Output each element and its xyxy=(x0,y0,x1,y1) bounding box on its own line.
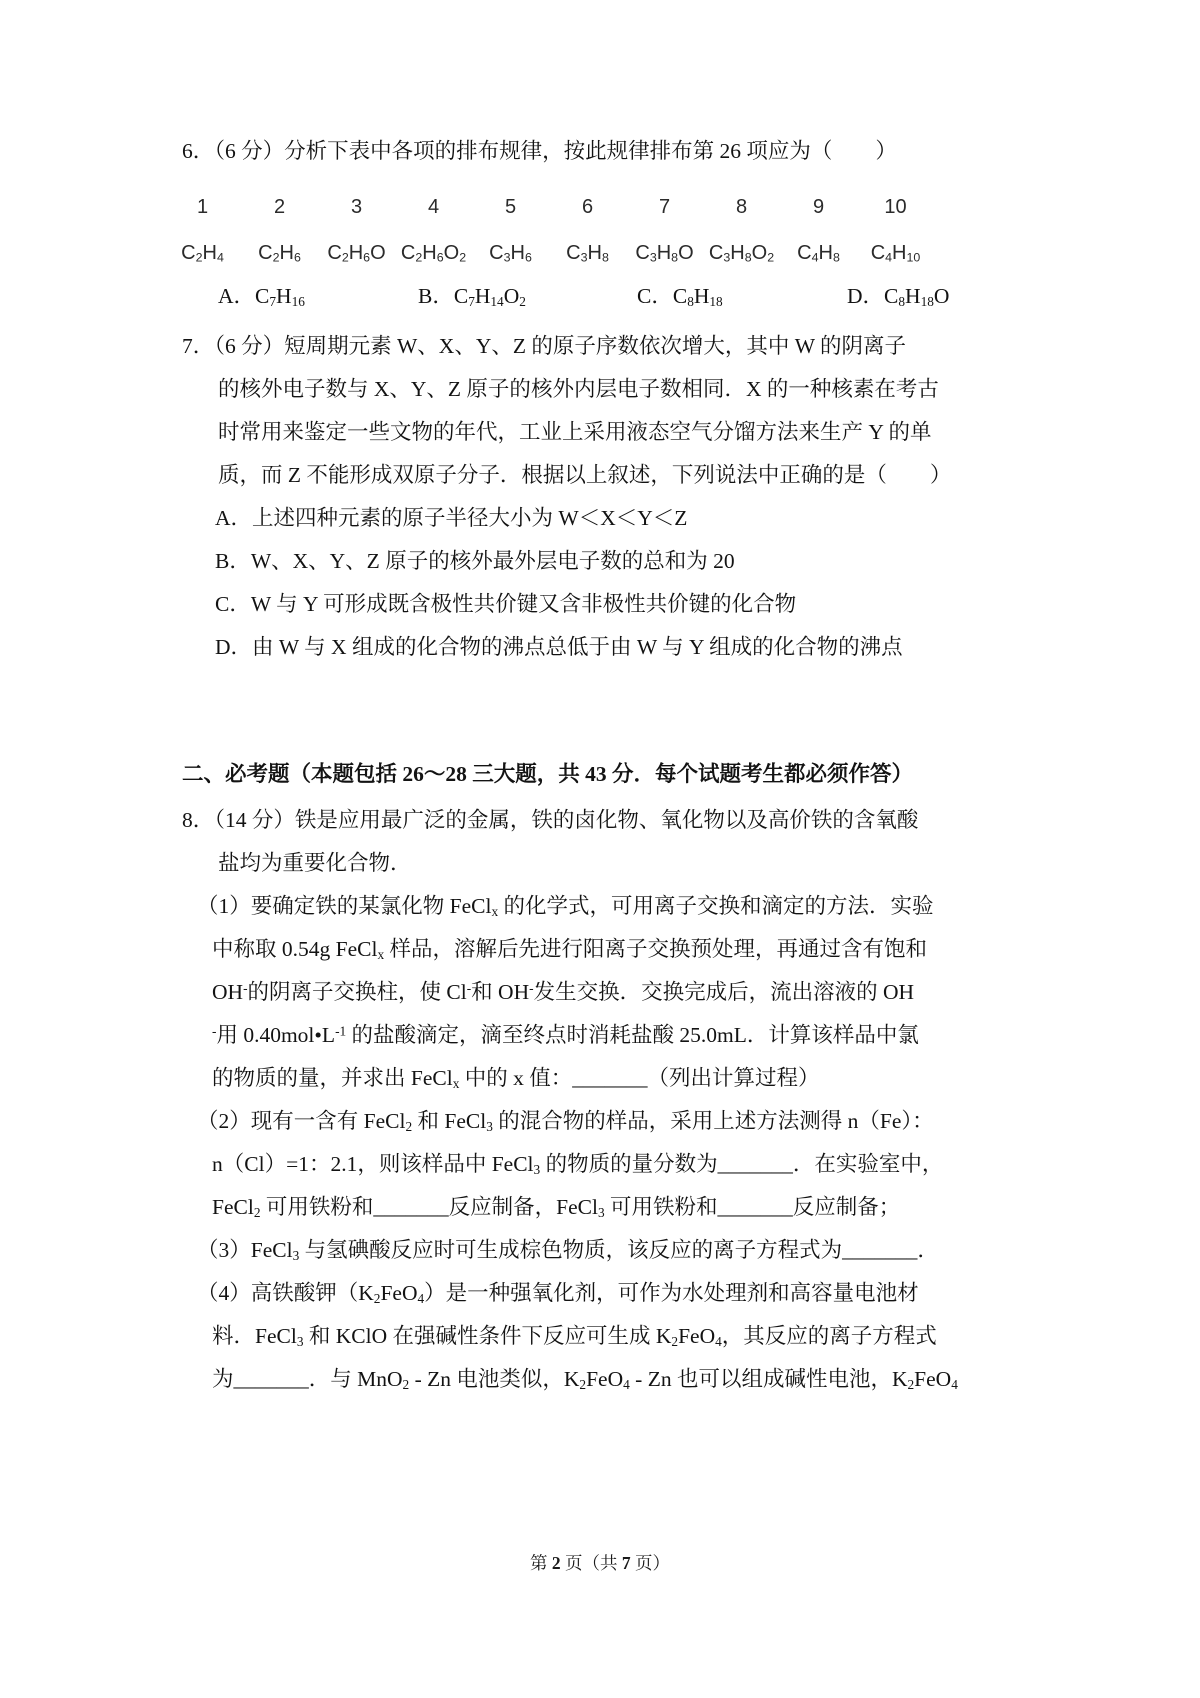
table-index-cell: 3 xyxy=(318,186,395,229)
table-index-cell: 1 xyxy=(164,186,241,229)
question-8-stem-line: 8．（14 分）铁是应用最广泛的金属，铁的卤化物、氧化物以及高价铁的含氧酸 xyxy=(182,799,1050,842)
q8-part-1-line: 的物质的量，并求出 FeClx 中的 x 值：_______（列出计算过程） xyxy=(212,1057,1050,1100)
question-7: 7．（6 分）短周期元素 W、X、Y、Z 的原子序数依次增大，其中 W 的阴离子… xyxy=(182,325,1050,669)
q8-part-2-line: FeCl2 可用铁粉和_______反应制备，FeCl3 可用铁粉和______… xyxy=(212,1186,1050,1229)
q8-part-4-line: 为_______．与 MnO2 - Zn 电池类似，K2FeO4 - Zn 也可… xyxy=(212,1358,1050,1401)
table-formula-cell: C4H10 xyxy=(857,232,934,275)
question-6-option-d: D．C8H18O xyxy=(847,275,949,318)
question-7-option-d: D．由 W 与 X 组成的化合物的沸点总低于由 W 与 Y 组成的化合物的沸点 xyxy=(215,626,1050,669)
table-index-cell: 6 xyxy=(549,186,626,229)
question-7-option-a: A．上述四种元素的原子半径大小为 W＜X＜Y＜Z xyxy=(215,497,1050,540)
page-content: 6．（6 分）分析下表中各项的排布规律，按此规律排布第 26 项应为（ ） 1 … xyxy=(0,0,1200,1401)
table-index-cell: 9 xyxy=(780,186,857,229)
table-index-cell: 8 xyxy=(703,186,780,229)
table-formula-cell: C3H8 xyxy=(549,232,626,275)
question-7-stem-line: 质，而 Z 不能形成双原子分子．根据以上叙述，下列说法中正确的是（ ） xyxy=(218,454,1050,497)
table-formula-cell: C2H6O2 xyxy=(395,232,472,275)
q8-part-4-line: 料．FeCl3 和 KClO 在强碱性条件下反应可生成 K2FeO4，其反应的离… xyxy=(212,1315,1050,1358)
table-index-cell: 5 xyxy=(472,186,549,229)
table-formula-cell: C3H8O2 xyxy=(703,232,780,275)
q8-part-1-line: -用 0.40mol•L-1 的盐酸滴定，滴至终点时消耗盐酸 25.0mL．计算… xyxy=(212,1014,1050,1057)
question-7-option-b: B．W、X、Y、Z 原子的核外最外层电子数的总和为 20 xyxy=(215,540,1050,583)
question-7-stem-line: 的核外电子数与 X、Y、Z 原子的核外内层电子数相同．X 的一种核素在考古 xyxy=(218,368,1050,411)
q8-part-2-line: （2）现有一含有 FeCl2 和 FeCl3 的混合物的样品，采用上述方法测得 … xyxy=(197,1100,1050,1143)
table-index-cell: 2 xyxy=(241,186,318,229)
q8-part-4-line: （4）高铁酸钾（K2FeO4）是一种强氧化剂，可作为水处理剂和高容量电池材 xyxy=(197,1272,1050,1315)
sequence-table-index-row: 1 2 3 4 5 6 7 8 9 10 xyxy=(164,186,934,229)
section-2-header: 二、必考题（本题包括 26～28 三大题，共 43 分．每个试题考生都必须作答） xyxy=(182,753,1050,796)
q8-part-2-line: n（Cl）=1：2.1，则该样品中 FeCl3 的物质的量分数为_______．… xyxy=(212,1143,1050,1186)
table-formula-cell: C3H6 xyxy=(472,232,549,275)
question-7-option-c: C．W 与 Y 可形成既含极性共价键又含非极性共价键的化合物 xyxy=(215,583,1050,626)
question-8: 8．（14 分）铁是应用最广泛的金属，铁的卤化物、氧化物以及高价铁的含氧酸 盐均… xyxy=(182,799,1050,1401)
table-formula-cell: C2H6O xyxy=(318,232,395,275)
table-formula-cell: C3H8O xyxy=(626,232,703,275)
question-6-options: A．C7H16 B．C7H14O2 C．C8H18 D．C8H18O xyxy=(182,275,1050,318)
page-number: 第 2 页（共 7 页） xyxy=(0,1548,1200,1578)
question-6-option-b: B．C7H14O2 xyxy=(418,275,526,318)
q8-part-3-line: （3）FeCl3 与氢碘酸反应时可生成棕色物质，该反应的离子方程式为______… xyxy=(197,1229,1050,1272)
table-index-cell: 4 xyxy=(395,186,472,229)
exam-page: 6．（6 分）分析下表中各项的排布规律，按此规律排布第 26 项应为（ ） 1 … xyxy=(0,0,1200,1698)
question-7-stem-line: 7．（6 分）短周期元素 W、X、Y、Z 的原子序数依次增大，其中 W 的阴离子 xyxy=(182,325,1050,368)
question-6-option-a: A．C7H16 xyxy=(218,275,305,318)
sequence-table-formula-row: C2H4 C2H6 C2H6O C2H6O2 C3H6 C3H8 C3H8O C… xyxy=(164,232,934,275)
question-7-stem-line: 时常用来鉴定一些文物的年代，工业上采用液态空气分馏方法来生产 Y 的单 xyxy=(218,411,1050,454)
table-index-cell: 10 xyxy=(857,186,934,229)
question-8-stem-line: 盐均为重要化合物． xyxy=(218,842,1050,885)
table-formula-cell: C2H4 xyxy=(164,232,241,275)
q8-part-1-line: （1）要确定铁的某氯化物 FeClx 的化学式，可用离子交换和滴定的方法．实验 xyxy=(197,885,1050,928)
table-formula-cell: C4H8 xyxy=(780,232,857,275)
sequence-table: 1 2 3 4 5 6 7 8 9 10 C2H4 C2H6 C2H6O C2H… xyxy=(164,186,934,275)
q8-part-1-line: OH-的阴离子交换柱，使 Cl-和 OH-发生交换．交换完成后，流出溶液的 OH xyxy=(212,971,1050,1014)
question-6: 6．（6 分）分析下表中各项的排布规律，按此规律排布第 26 项应为（ ） 1 … xyxy=(182,130,1050,318)
table-index-cell: 7 xyxy=(626,186,703,229)
question-6-option-c: C．C8H18 xyxy=(637,275,723,318)
table-formula-cell: C2H6 xyxy=(241,232,318,275)
question-6-stem: 6．（6 分）分析下表中各项的排布规律，按此规律排布第 26 项应为（ ） xyxy=(182,130,1050,173)
q8-part-1-line: 中称取 0.54g FeClx 样品，溶解后先进行阳离子交换预处理，再通过含有饱… xyxy=(212,928,1050,971)
